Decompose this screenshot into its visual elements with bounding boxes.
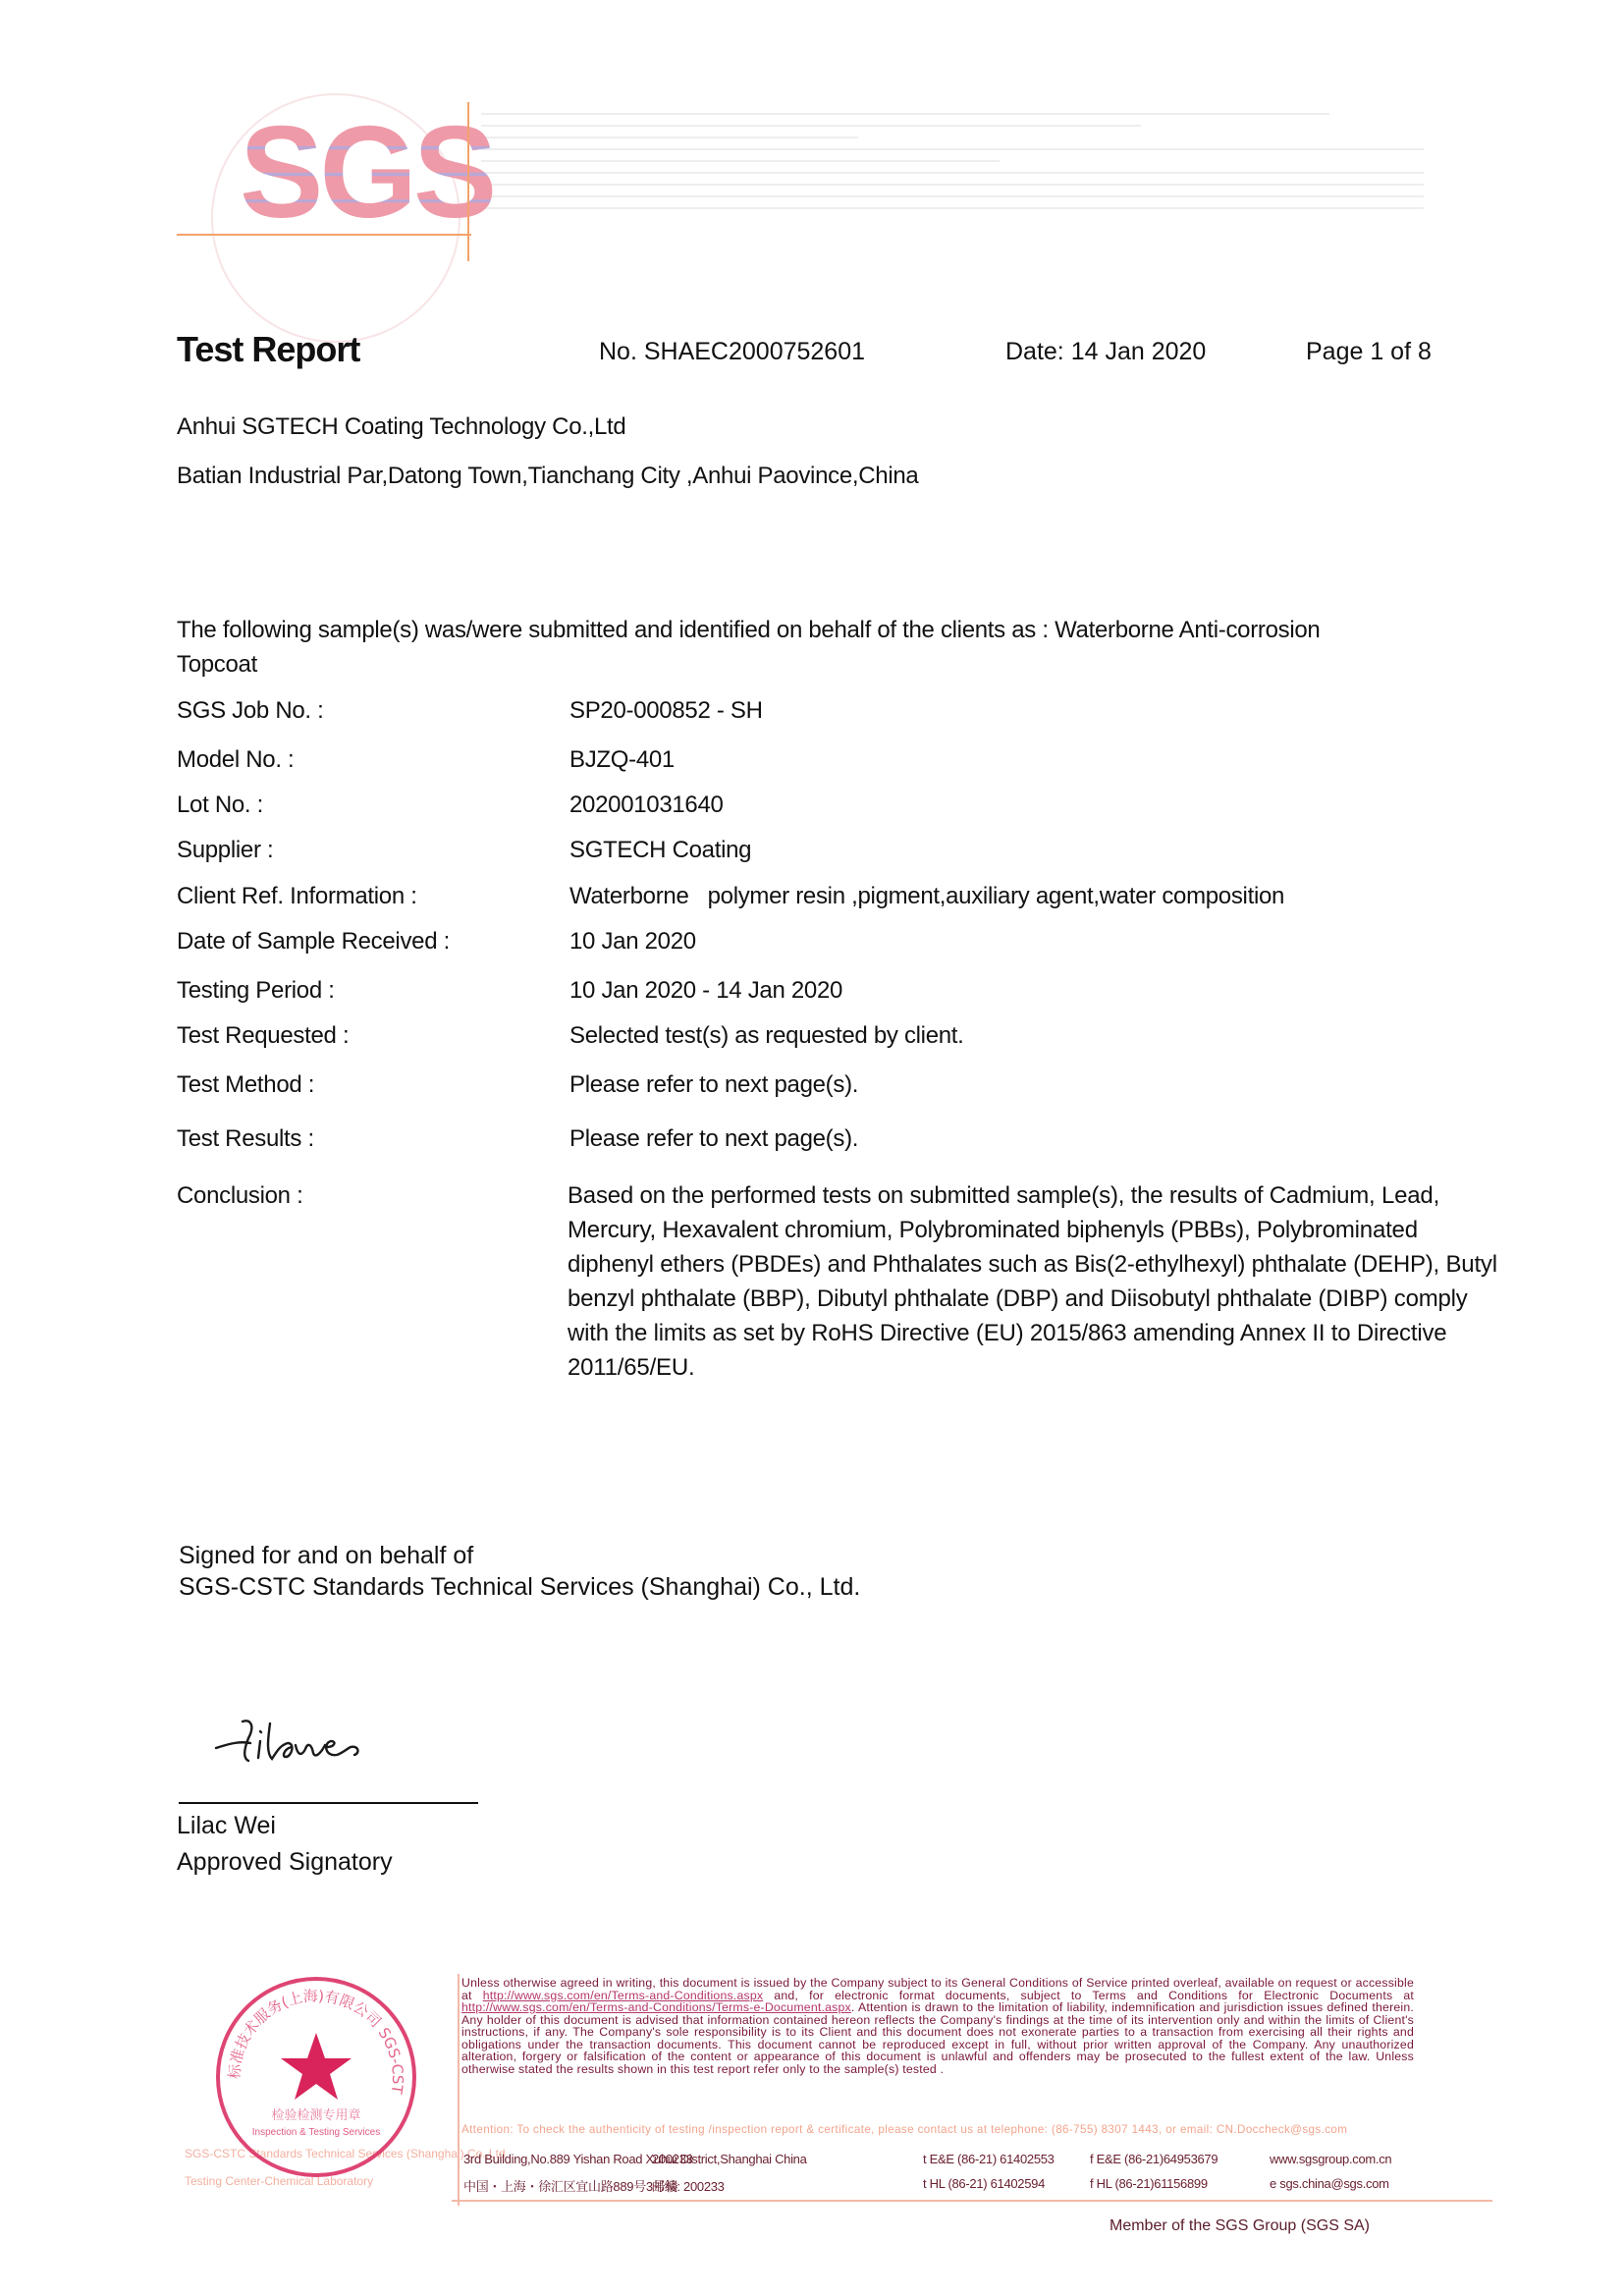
detail-value-date-received: 10 Jan 2020 [569, 928, 1502, 956]
authenticity-notice: Attention: To check the authenticity of … [461, 2124, 1414, 2137]
detail-value-test-method: Please refer to next page(s). [569, 1071, 1502, 1099]
page-title: Test Report [177, 329, 359, 370]
email-link[interactable]: e sgs.china@sgs.com [1270, 2176, 1389, 2191]
detail-value-conclusion: Based on the performed tests on submitte… [568, 1178, 1500, 1385]
svg-text:检验检测专用章: 检验检测专用章 [271, 2107, 360, 2123]
detail-value-client-ref: Waterborne polymer resin ,pigment,auxili… [569, 883, 1502, 910]
telephone-ee: t E&E (86-21) 61402553 [923, 2152, 1055, 2166]
detail-value-testing-period: 10 Jan 2020 - 14 Jan 2020 [569, 977, 1502, 1005]
fax-hl: f HL (86-21)61156899 [1090, 2176, 1208, 2191]
detail-label: Test Requested : [177, 1022, 349, 1050]
signature-line [179, 1802, 478, 1804]
report-date: Date: 14 Jan 2020 [1005, 338, 1206, 366]
detail-label: Test Results : [177, 1125, 314, 1153]
handwritten-signature-icon [211, 1714, 407, 1773]
page-number: Page 1 of 8 [1306, 338, 1432, 366]
detail-label: Test Method : [177, 1071, 314, 1099]
sgs-logo-icon: SGS [240, 107, 493, 238]
detail-value-test-results: Please refer to next page(s). [569, 1125, 1502, 1153]
address-english: 3rd Building,No.889 Yishan Road Xuhui Di… [463, 2152, 807, 2166]
detail-value-supplier: SGTECH Coating [569, 837, 1502, 864]
fax-ee: f E&E (86-21)64953679 [1090, 2152, 1218, 2166]
signatory-title: Approved Signatory [177, 1848, 393, 1877]
signatory-name: Lilac Wei [177, 1812, 276, 1840]
detail-value-model-no: BJZQ-401 [569, 746, 1502, 774]
detail-label: Client Ref. Information : [177, 883, 417, 910]
signing-company: SGS-CSTC Standards Technical Services (S… [179, 1573, 860, 1602]
detail-label: Date of Sample Received : [177, 928, 450, 956]
svg-text:Inspection & Testing Services: Inspection & Testing Services [252, 2127, 380, 2138]
postal-code: 200233 [652, 2152, 693, 2166]
footer-horizontal-rule [452, 2200, 1492, 2202]
member-of-sgs-group: Member of the SGS Group (SGS SA) [1110, 2217, 1370, 2235]
detail-label: Supplier : [177, 837, 273, 864]
footer-vertical-rule [458, 1974, 460, 2206]
detail-value-job-no: SP20-000852 - SH [569, 697, 1502, 725]
detail-label: Testing Period : [177, 977, 335, 1005]
detail-label: Lot No. : [177, 792, 263, 819]
address-chinese: 中国・上海・徐汇区宜山路889号3号楼 [463, 2176, 677, 2195]
logo-vertical-rule [467, 102, 469, 261]
client-name: Anhui SGTECH Coating Technology Co.,Ltd [177, 413, 625, 441]
terms-disclaimer: Unless otherwise agreed in writing, this… [461, 1977, 1414, 2075]
detail-value-test-requested: Selected test(s) as requested by client. [569, 1022, 1502, 1050]
report-number: No. SHAEC2000752601 [599, 338, 865, 366]
detail-label: SGS Job No. : [177, 697, 324, 725]
logo-horizontal-rule [177, 234, 471, 236]
sample-intro: The following sample(s) was/were submitt… [177, 613, 1355, 682]
detail-value-lot-no: 202001031640 [569, 792, 1502, 819]
telephone-hl: t HL (86-21) 61402594 [923, 2176, 1045, 2191]
company-seal-stamp-icon: 标准技术服务(上海)有限公司 SGS-CSTC 检验检测专用章 Inspecti… [211, 1972, 422, 2183]
postal-code-chinese: 邮编: 200233 [652, 2176, 725, 2195]
bleed-through-text [481, 103, 1424, 219]
website-link[interactable]: www.sgsgroup.com.cn [1270, 2152, 1391, 2166]
detail-label: Model No. : [177, 746, 294, 774]
signed-for-label: Signed for and on behalf of [179, 1542, 473, 1570]
client-address: Batian Industrial Par,Datong Town,Tianch… [177, 463, 918, 490]
detail-label: Conclusion : [177, 1182, 302, 1210]
